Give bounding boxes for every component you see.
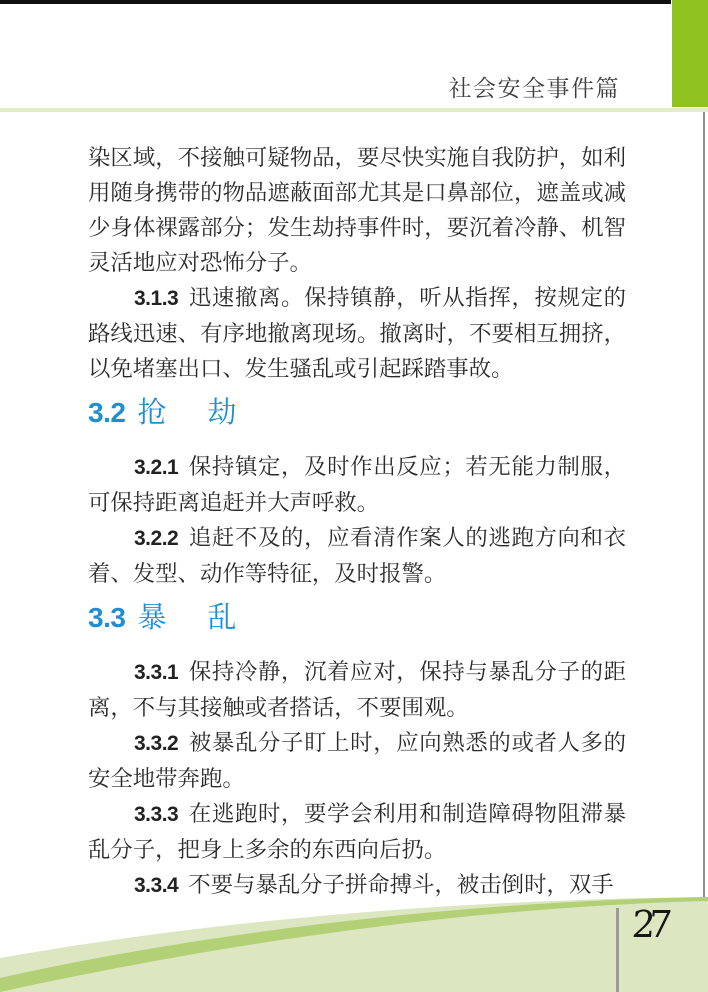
clause-number-3-3-2: 3.3.2 bbox=[134, 732, 178, 755]
section-title-3-3: 暴 乱 bbox=[137, 602, 242, 634]
section-heading-3-3: 3.3暴 乱 bbox=[88, 603, 626, 633]
page-body-text: 染区域，不接触可疑物品，要尽快实施自我防护，如利用随身携带的物品遮蔽面部尤其是口… bbox=[88, 140, 626, 903]
clause-number-3-2-1: 3.2.1 bbox=[134, 456, 178, 479]
chapter-header-title: 社会安全事件篇 bbox=[449, 70, 621, 103]
top-black-bar bbox=[0, 0, 671, 4]
paragraph-3-3-3: 3.3.3在逃跑时，要学会利用和制造障碍物阻滞暴乱分子，把身上多余的东西向后扔。 bbox=[88, 796, 626, 867]
paragraph-3-2-1: 3.2.1保持镇定，及时作出反应；若无能力制服，可保持距离追赶并大声呼救。 bbox=[88, 449, 626, 520]
paragraph-3-2-2: 3.2.2追赶不及的，应看清作案人的逃跑方向和衣着、发型、动作等特征，及时报警。 bbox=[88, 520, 626, 591]
section-heading-3-2: 3.2抢 劫 bbox=[88, 398, 626, 428]
section-number-3-2: 3.2 bbox=[88, 397, 125, 428]
footer-divider-line bbox=[616, 908, 619, 992]
footer-swoosh-graphic bbox=[0, 880, 708, 992]
section-title-3-2: 抢 劫 bbox=[137, 397, 242, 429]
section-number-3-3: 3.3 bbox=[88, 602, 125, 633]
paragraph-3-3-1: 3.3.1保持冷静，沉着应对，保持与暴乱分子的距离，不与其接触或者搭话，不要围观… bbox=[88, 654, 626, 725]
clause-number-3-3-3: 3.3.3 bbox=[134, 803, 178, 826]
header-rule bbox=[0, 108, 708, 112]
corner-green-bar bbox=[672, 0, 708, 107]
paragraph-continuation: 染区域，不接触可疑物品，要尽快实施自我防护，如利用随身携带的物品遮蔽面部尤其是口… bbox=[88, 140, 626, 280]
clause-number-3-2-2: 3.2.2 bbox=[134, 527, 178, 550]
book-page: { "window": { "width": 708, "height": 99… bbox=[0, 0, 708, 992]
page-edge-line bbox=[703, 112, 705, 898]
clause-number-3-3-1: 3.3.1 bbox=[134, 661, 178, 684]
page-number: 27 bbox=[631, 906, 667, 944]
paragraph-3-3-2: 3.3.2被暴乱分子盯上时，应向熟悉的或者人多的安全地带奔跑。 bbox=[88, 725, 626, 796]
clause-number-3-1-3: 3.1.3 bbox=[134, 287, 178, 310]
paragraph-3-1-3: 3.1.3迅速撤离。保持镇静，听从指挥，按规定的路线迅速、有序地撤离现场。撤离时… bbox=[88, 280, 626, 386]
